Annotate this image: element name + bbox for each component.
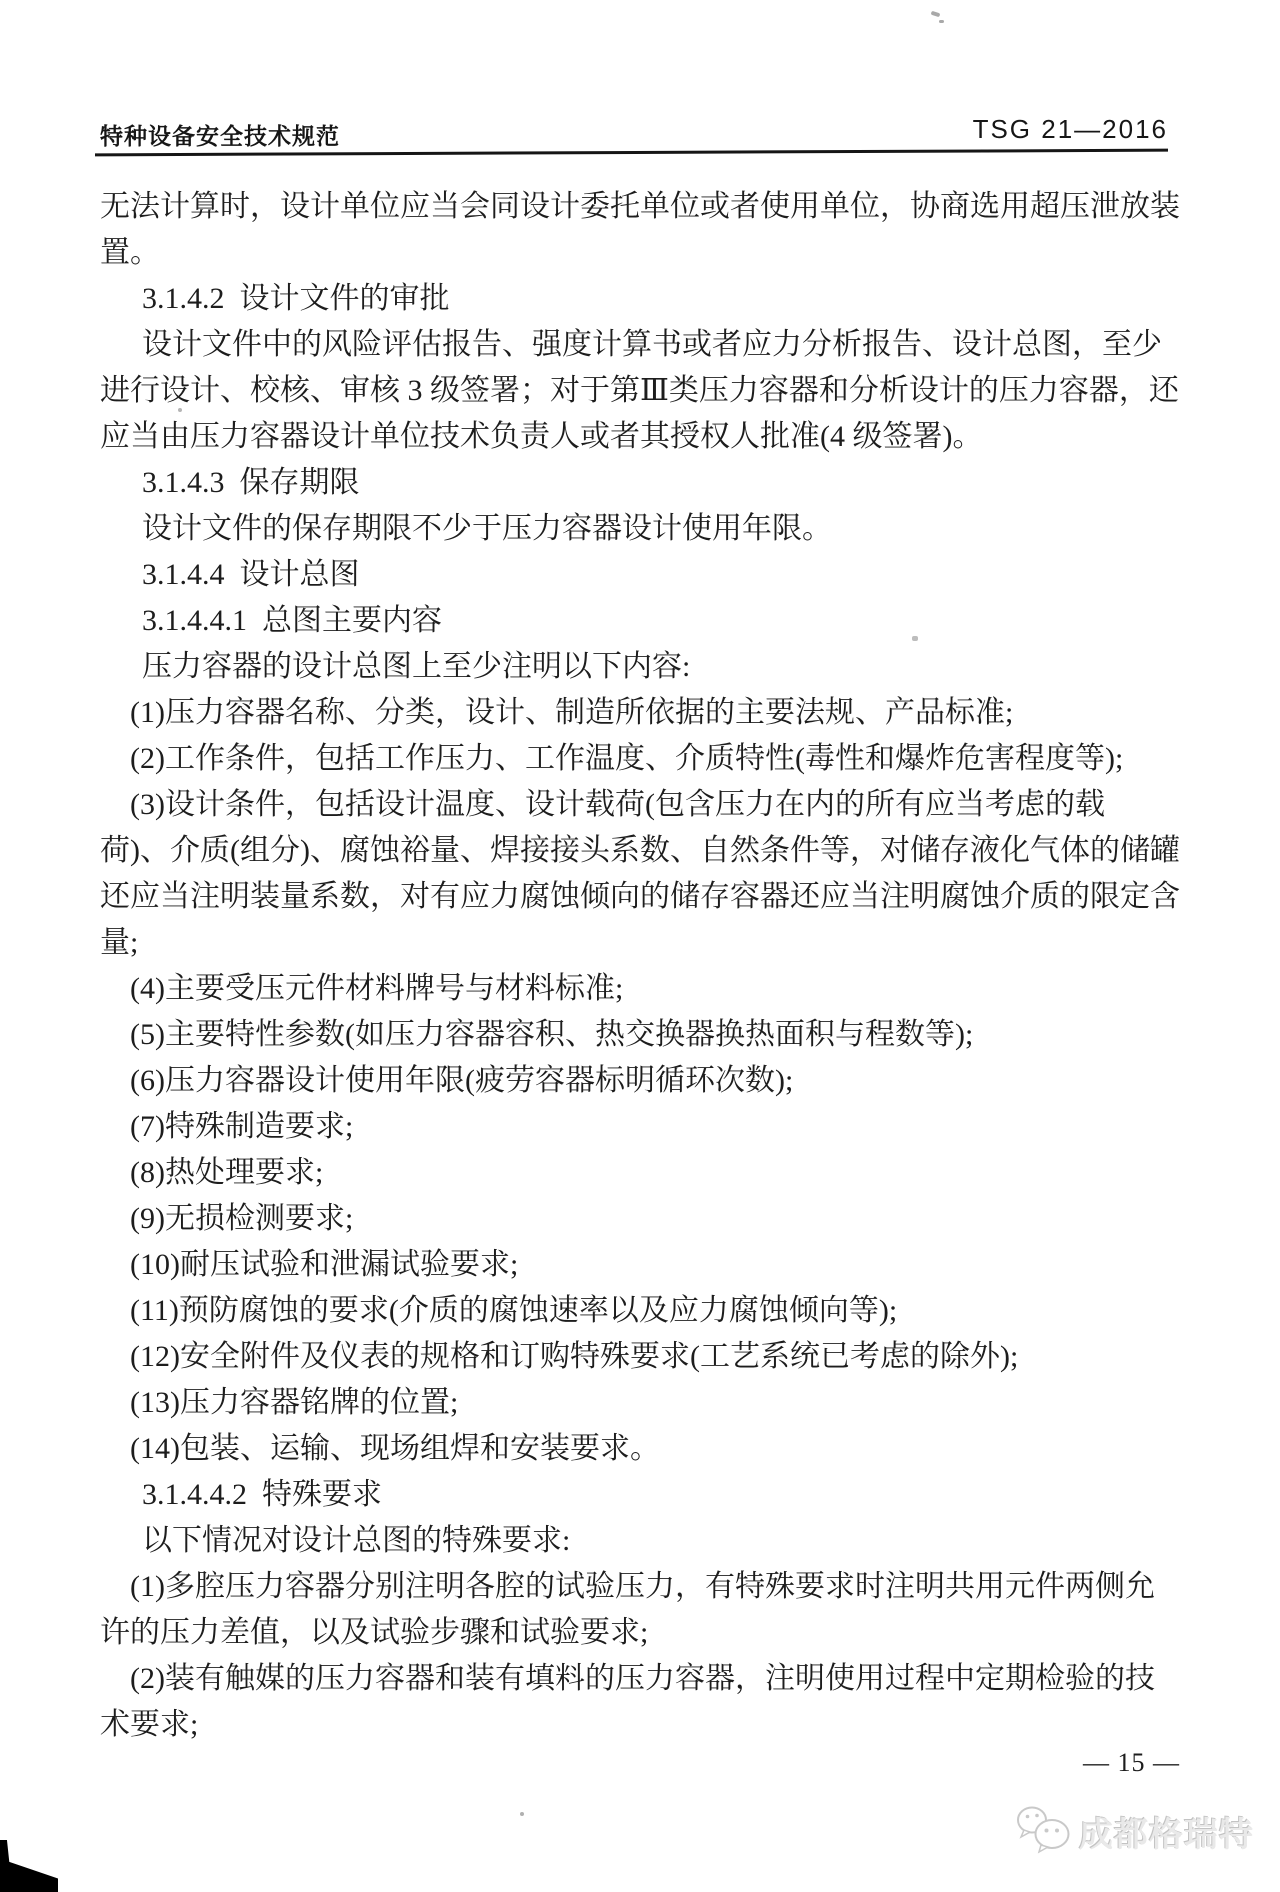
text-line: 术要求; bbox=[100, 1702, 1200, 1748]
text-line: 进行设计、校核、审核 3 级签署；对于第Ⅲ类压力容器和分析设计的压力容器，还 bbox=[100, 368, 1200, 414]
watermark: 成都格瑞特 bbox=[1015, 1804, 1254, 1859]
scan-speck bbox=[520, 1812, 524, 1816]
text-line: 置。 bbox=[100, 230, 1200, 276]
text-line: 设计文件的保存期限不少于压力容器设计使用年限。 bbox=[100, 506, 1200, 552]
text-line: 3.1.4.3 保存期限 bbox=[100, 460, 1200, 506]
document-code: TSG 21—2016 bbox=[973, 114, 1168, 145]
text-line: (2)工作条件，包括工作压力、工作温度、介质特性(毒性和爆炸危害程度等); bbox=[100, 736, 1200, 782]
text-line: (7)特殊制造要求; bbox=[100, 1104, 1200, 1150]
text-line: 量; bbox=[100, 920, 1200, 966]
text-line: (13)压力容器铭牌的位置; bbox=[100, 1380, 1200, 1426]
text-line: (4)主要受压元件材料牌号与材料标准; bbox=[100, 966, 1200, 1012]
text-line: (11)预防腐蚀的要求(介质的腐蚀速率以及应力腐蚀倾向等); bbox=[100, 1288, 1200, 1334]
scan-speck bbox=[939, 20, 944, 23]
scan-artifact-corner bbox=[0, 1840, 58, 1892]
text-line: 3.1.4.4.2 特殊要求 bbox=[100, 1472, 1200, 1518]
text-line: 压力容器的设计总图上至少注明以下内容: bbox=[100, 644, 1200, 690]
scan-speck bbox=[912, 636, 918, 641]
scan-speck bbox=[178, 408, 182, 412]
text-line: 3.1.4.4 设计总图 bbox=[100, 552, 1200, 598]
text-line: (2)装有触媒的压力容器和装有填料的压力容器，注明使用过程中定期检验的技 bbox=[100, 1656, 1200, 1702]
text-line: 以下情况对设计总图的特殊要求: bbox=[100, 1518, 1200, 1564]
text-line: 荷)、介质(组分)、腐蚀裕量、焊接接头系数、自然条件等，对储存液化气体的储罐 bbox=[100, 828, 1200, 874]
text-line: 3.1.4.2 设计文件的审批 bbox=[100, 276, 1200, 322]
watermark-text: 成都格瑞特 bbox=[1079, 1807, 1254, 1856]
text-line: (5)主要特性参数(如压力容器容积、热交换器换热面积与程数等); bbox=[100, 1012, 1200, 1058]
text-line: 3.1.4.4.1 总图主要内容 bbox=[100, 598, 1200, 644]
text-line: (1)压力容器名称、分类，设计、制造所依据的主要法规、产品标准; bbox=[100, 690, 1200, 736]
text-line: (6)压力容器设计使用年限(疲劳容器标明循环次数); bbox=[100, 1058, 1200, 1104]
text-line: (14)包装、运输、现场组焊和安装要求。 bbox=[100, 1426, 1200, 1472]
document-title: 特种设备安全技术规范 bbox=[100, 118, 340, 151]
document-page: 特种设备安全技术规范 TSG 21—2016 无法计算时，设计单位应当会同设计委… bbox=[0, 0, 1280, 1892]
wechat-logo-icon bbox=[1015, 1804, 1073, 1859]
text-line: (10)耐压试验和泄漏试验要求; bbox=[100, 1242, 1200, 1288]
text-line: (12)安全附件及仪表的规格和订购特殊要求(工艺系统已考虑的除外); bbox=[100, 1334, 1200, 1380]
text-line: 应当由压力容器设计单位技术负责人或者其授权人批准(4 级签署)。 bbox=[100, 414, 1200, 460]
document-body: 无法计算时，设计单位应当会同设计委托单位或者使用单位，协商选用超压泄放装置。3.… bbox=[100, 184, 1200, 1748]
text-line: 还应当注明装量系数，对有应力腐蚀倾向的储存容器还应当注明腐蚀介质的限定含 bbox=[100, 874, 1200, 920]
page-number: — 15 — bbox=[1083, 1748, 1180, 1778]
text-line: (1)多腔压力容器分别注明各腔的试验压力，有特殊要求时注明共用元件两侧允 bbox=[100, 1564, 1200, 1610]
scan-speck bbox=[931, 11, 941, 18]
text-line: 许的压力差值，以及试验步骤和试验要求; bbox=[100, 1610, 1200, 1656]
text-line: 设计文件中的风险评估报告、强度计算书或者应力分析报告、设计总图，至少 bbox=[100, 322, 1200, 368]
text-line: (8)热处理要求; bbox=[100, 1150, 1200, 1196]
text-line: (3)设计条件，包括设计温度、设计载荷(包含压力在内的所有应当考虑的载 bbox=[100, 782, 1200, 828]
text-line: 无法计算时，设计单位应当会同设计委托单位或者使用单位，协商选用超压泄放装 bbox=[100, 184, 1200, 230]
text-line: (9)无损检测要求; bbox=[100, 1196, 1200, 1242]
